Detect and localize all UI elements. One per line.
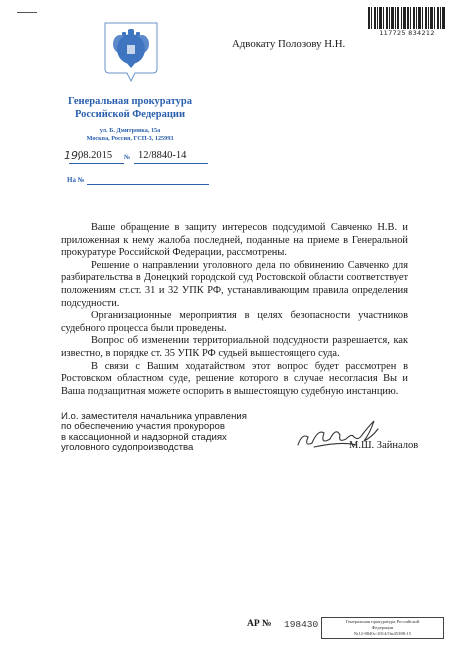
barcode-number: 117725 834212	[368, 29, 446, 37]
org-address-line2: Москва, Россия, ГСП-3, 125993	[50, 134, 210, 143]
signatory-name: М.Ш. Зайналов	[349, 440, 418, 451]
ap-number: 198430	[284, 619, 318, 630]
recipient: Адвокату Полозову Н.Н.	[232, 38, 345, 50]
number-label: №	[124, 154, 131, 161]
scan-mark	[17, 12, 37, 13]
date-printed: 08.2015	[78, 150, 112, 161]
ap-label: АР №	[247, 619, 272, 629]
body-paragraph: Ваше обращение в защиту интересов подсуд…	[61, 222, 408, 260]
signatory-title: И.о. заместителя начальника управления п…	[61, 412, 251, 454]
stamp-line: №12-8840с-2014/Он45388-15	[322, 631, 443, 637]
document-number: 12/8840-14	[138, 150, 186, 161]
reply-underline	[87, 184, 209, 185]
signatory-title-line: уголовного судопроизводства	[61, 443, 251, 453]
reply-reference-row: На №	[67, 174, 209, 188]
body-paragraph: Вопрос об изменении территориальной подс…	[61, 335, 408, 360]
coat-of-arms-emblem-icon	[103, 21, 159, 83]
body-paragraph: Организационные мероприятия в целях безо…	[61, 310, 408, 335]
org-name-line2: Российской Федерации	[50, 108, 210, 121]
registration-stamp: Генеральная прокуратура Российской Федер…	[321, 617, 444, 639]
body-paragraph: Решение о направлении уголовного дела по…	[61, 260, 408, 310]
body-paragraph: В связи с Вашим ходатайством этот вопрос…	[61, 361, 408, 399]
letter-body: Ваше обращение в защиту интересов подсуд…	[61, 222, 408, 398]
date-number-row: 19, 08.2015 № 12/8840-14	[64, 148, 209, 164]
number-underline	[134, 163, 208, 164]
barcode-icon	[368, 7, 446, 29]
reply-label: На №	[67, 176, 85, 184]
date-underline	[69, 163, 124, 164]
org-name-line1: Генеральная прокуратура	[50, 95, 210, 108]
